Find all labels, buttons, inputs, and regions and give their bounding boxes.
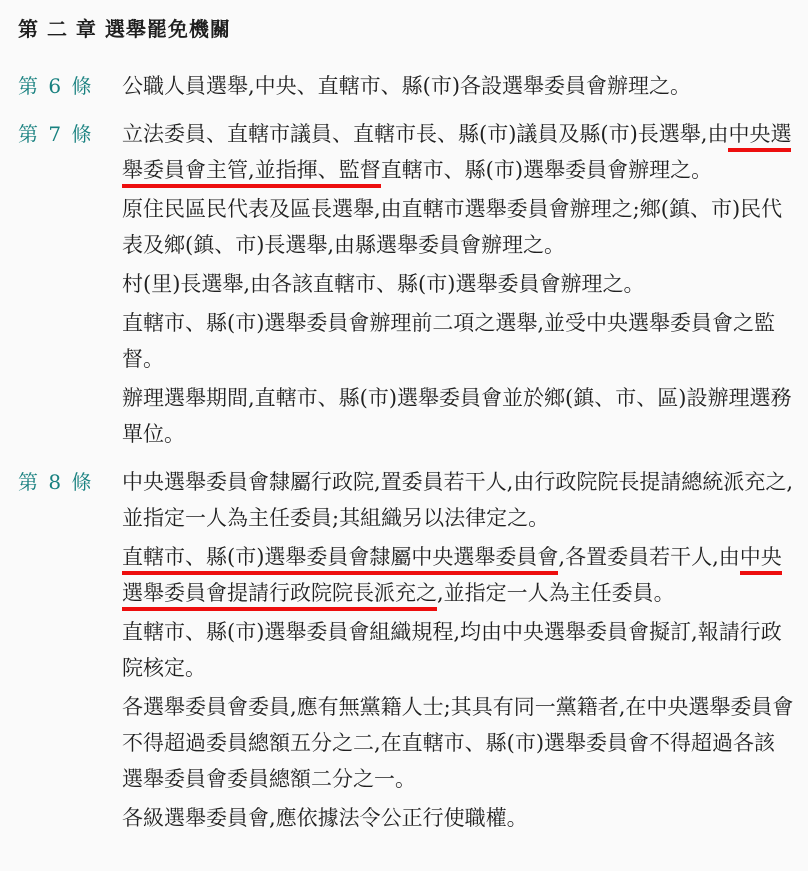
page: { "theme": { "background_color": "#fafaf…	[0, 0, 808, 871]
text-run: 各選舉委員會委員,應有無黨籍人士;其具有同一黨籍者,在中央選舉委員會不得超過委員…	[122, 695, 793, 791]
article-number: 第 7 條	[18, 116, 122, 152]
article-paragraph: 各級選舉委員會,應依據法令公正行使職權。	[122, 800, 796, 836]
article-paragraph: 村(里)長選舉,由各該直轄市、縣(市)選舉委員會辦理之。	[122, 266, 796, 302]
text-run: 各級選舉委員會,應依據法令公正行使職權。	[122, 806, 528, 830]
article-body: 立法委員、直轄市議員、直轄市長、縣(市)議員及縣(市)長選舉,由中央選舉委員會主…	[122, 116, 796, 452]
text-run: 公職人員選舉,中央、直轄市、縣(市)各設選舉委員會辦理之。	[122, 74, 691, 98]
article: 第 8 條中央選舉委員會隸屬行政院,置委員若干人,由行政院院長提請總統派充之,並…	[18, 464, 808, 836]
article-paragraph: 中央選舉委員會隸屬行政院,置委員若干人,由行政院院長提請總統派充之,並指定一人為…	[122, 464, 796, 536]
article: 第 6 條公職人員選舉,中央、直轄市、縣(市)各設選舉委員會辦理之。	[18, 68, 808, 104]
article-paragraph: 直轄市、縣(市)選舉委員會辦理前二項之選舉,並受中央選舉委員會之監督。	[122, 305, 796, 377]
text-run: 原住民區民代表及區長選舉,由直轄市選舉委員會辦理之;鄉(鎮、市)民代表及鄉(鎮、…	[122, 197, 782, 257]
articles-list: 第 6 條公職人員選舉,中央、直轄市、縣(市)各設選舉委員會辦理之。第 7 條立…	[18, 68, 808, 836]
article-paragraph: 原住民區民代表及區長選舉,由直轄市選舉委員會辦理之;鄉(鎮、市)民代表及鄉(鎮、…	[122, 191, 796, 263]
text-run: ,各置委員若干人,由	[558, 545, 739, 569]
underlined-text: 直轄市、縣(市)選舉委員會隸屬中央選舉委員會	[122, 545, 558, 575]
text-run: 立法委員、直轄市議員、直轄市長、縣(市)議員及縣(市)長選舉,由	[122, 122, 728, 146]
article-paragraph: 直轄市、縣(市)選舉委員會隸屬中央選舉委員會,各置委員若干人,由中央選舉委員會提…	[122, 539, 796, 611]
text-run: 直轄市、縣(市)選舉委員會辦理之。	[381, 158, 712, 182]
text-run: 直轄市、縣(市)選舉委員會組織規程,均由中央選舉委員會擬訂,報請行政院核定。	[122, 620, 782, 680]
article-number: 第 6 條	[18, 68, 122, 104]
article-number: 第 8 條	[18, 464, 122, 500]
article: 第 7 條立法委員、直轄市議員、直轄市長、縣(市)議員及縣(市)長選舉,由中央選…	[18, 116, 808, 452]
text-run: 直轄市、縣(市)選舉委員會辦理前二項之選舉,並受中央選舉委員會之監督。	[122, 311, 775, 371]
article-paragraph: 辦理選舉期間,直轄市、縣(市)選舉委員會並於鄉(鎮、市、區)設辦理選務單位。	[122, 380, 796, 452]
article-paragraph: 直轄市、縣(市)選舉委員會組織規程,均由中央選舉委員會擬訂,報請行政院核定。	[122, 614, 796, 686]
article-paragraph: 立法委員、直轄市議員、直轄市長、縣(市)議員及縣(市)長選舉,由中央選舉委員會主…	[122, 116, 796, 188]
text-run: ,並指定一人為主任委員。	[437, 581, 675, 605]
law-document: 第 二 章 選舉罷免機關 第 6 條公職人員選舉,中央、直轄市、縣(市)各設選舉…	[0, 0, 808, 836]
chapter-heading: 第 二 章 選舉罷免機關	[18, 16, 808, 42]
article-body: 公職人員選舉,中央、直轄市、縣(市)各設選舉委員會辦理之。	[122, 68, 796, 104]
text-run: 中央選舉委員會隸屬行政院,置委員若干人,由行政院院長提請總統派充之,並指定一人為…	[122, 470, 793, 530]
article-body: 中央選舉委員會隸屬行政院,置委員若干人,由行政院院長提請總統派充之,並指定一人為…	[122, 464, 796, 836]
text-run: 辦理選舉期間,直轄市、縣(市)選舉委員會並於鄉(鎮、市、區)設辦理選務單位。	[122, 386, 791, 446]
article-paragraph: 各選舉委員會委員,應有無黨籍人士;其具有同一黨籍者,在中央選舉委員會不得超過委員…	[122, 689, 796, 797]
article-paragraph: 公職人員選舉,中央、直轄市、縣(市)各設選舉委員會辦理之。	[122, 68, 796, 104]
text-run: 村(里)長選舉,由各該直轄市、縣(市)選舉委員會辦理之。	[122, 272, 644, 296]
